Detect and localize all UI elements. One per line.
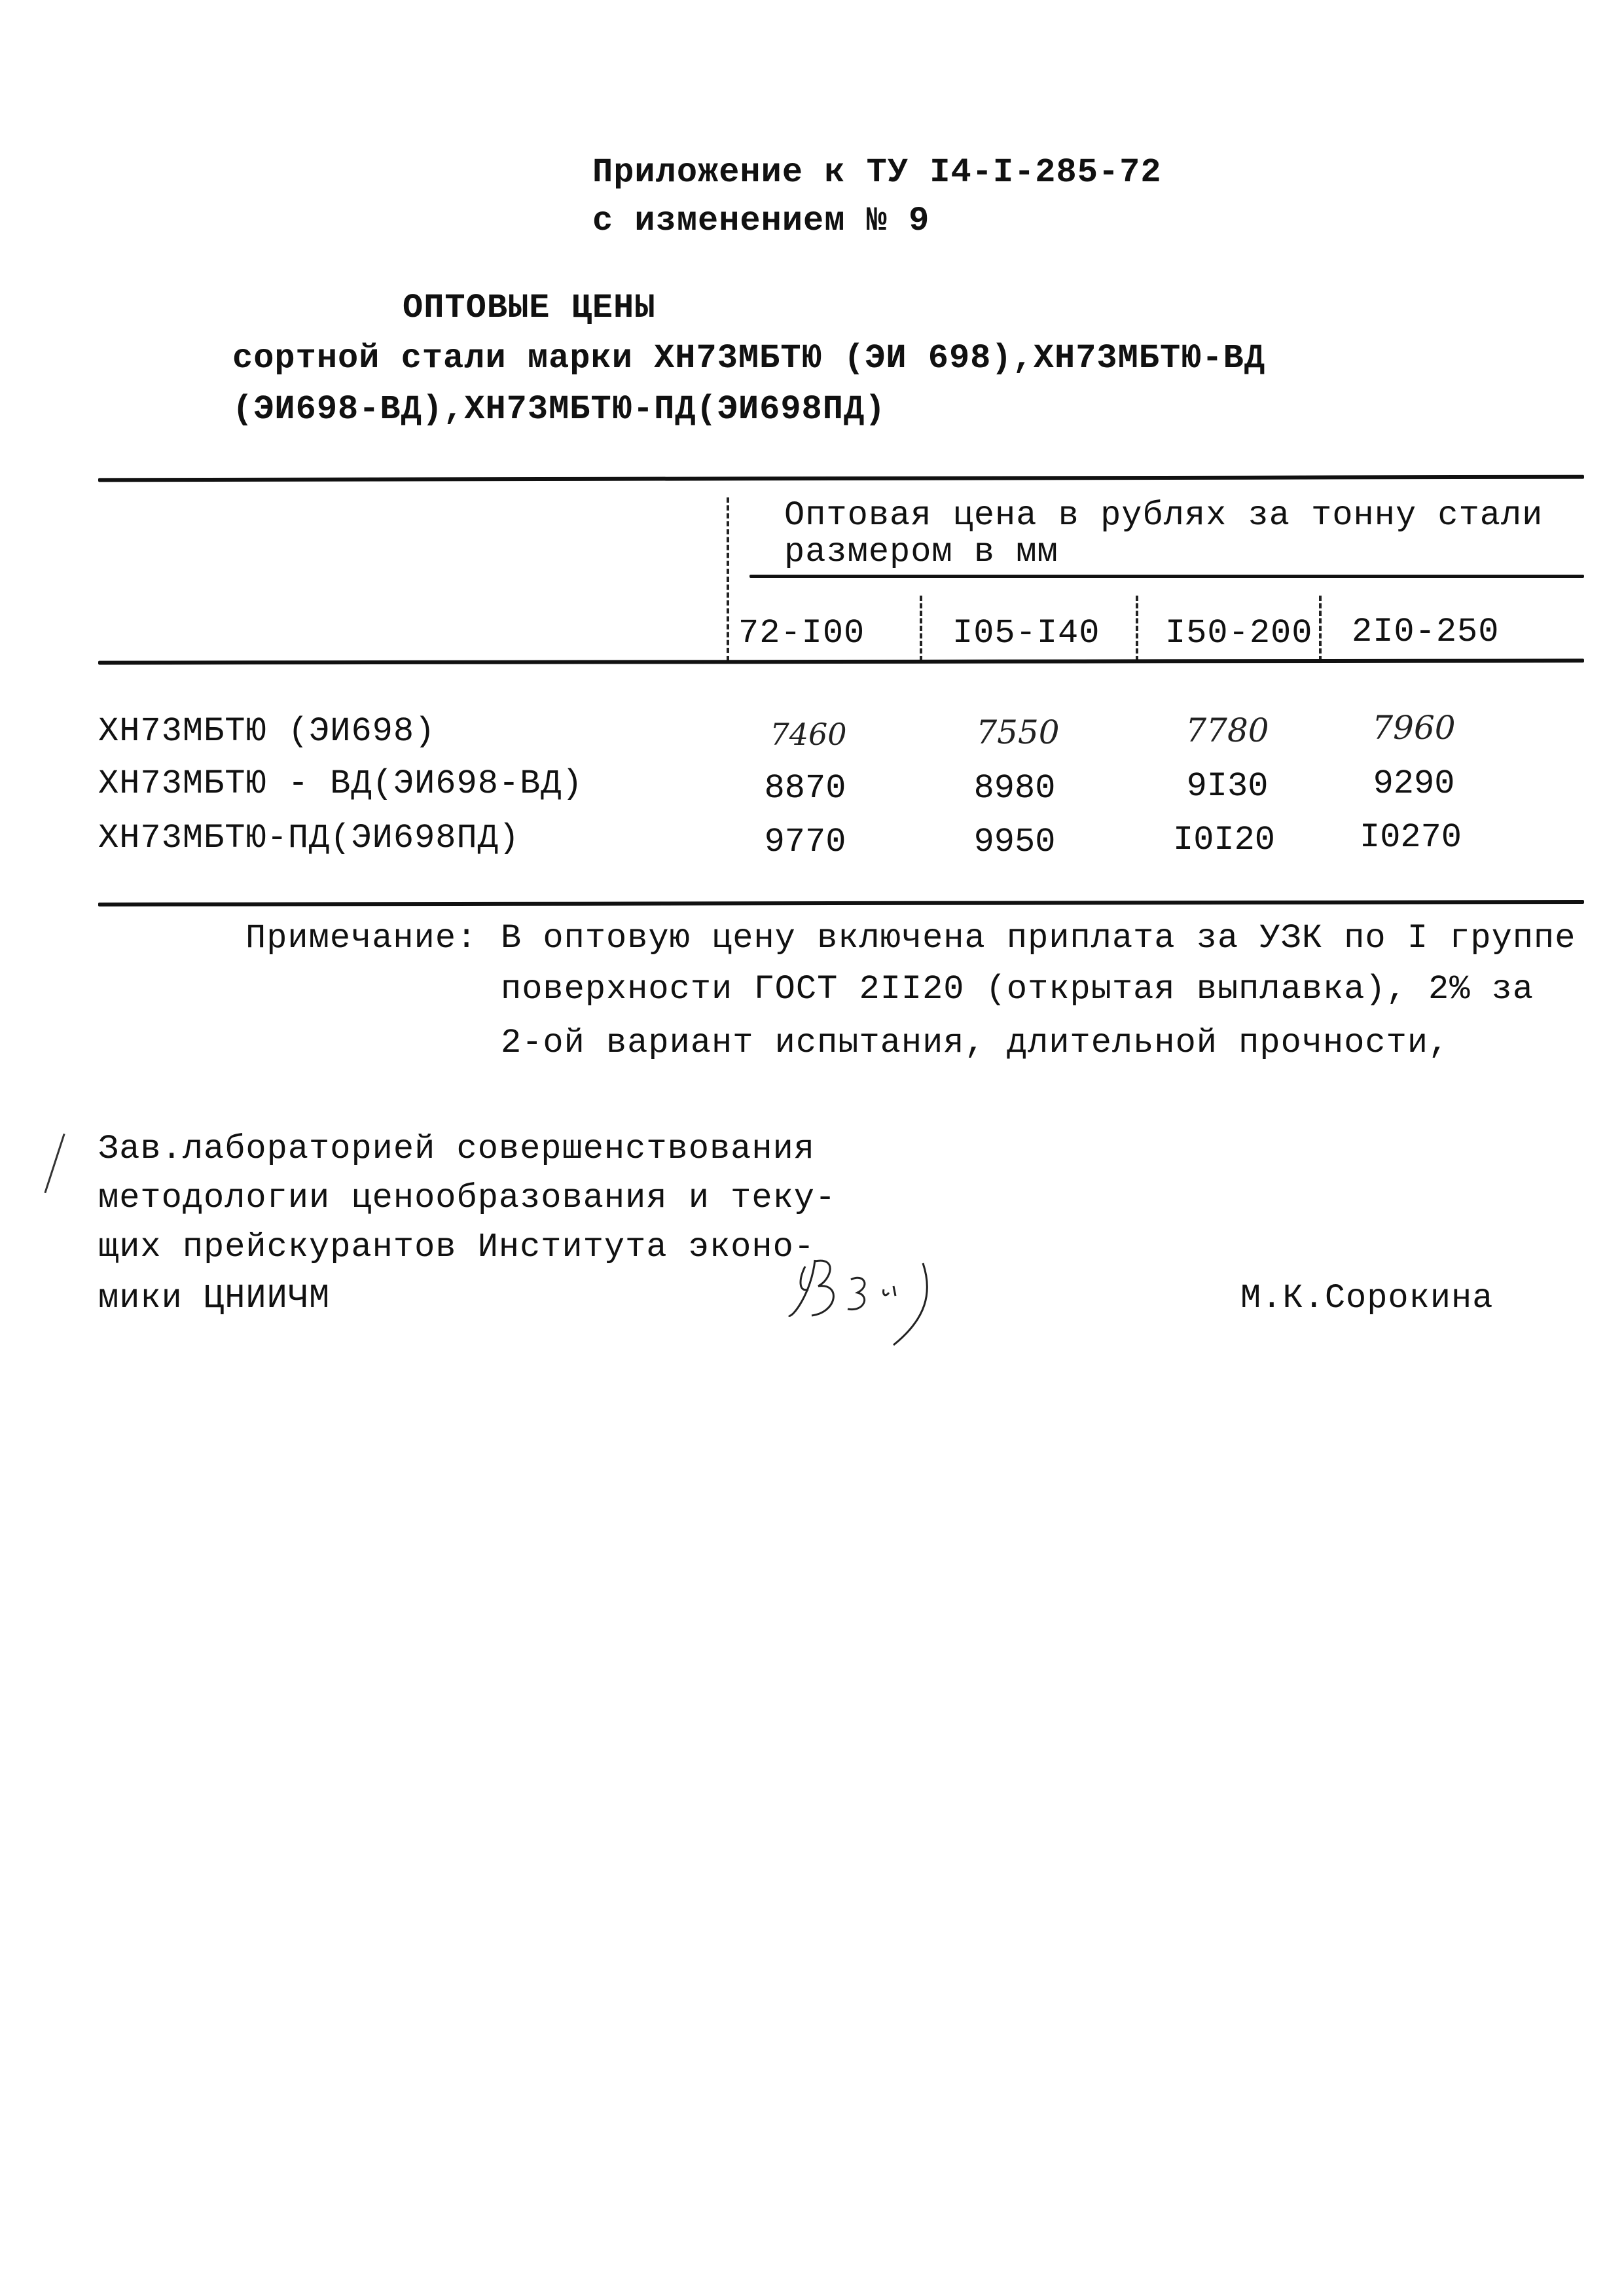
amendment-number: с изменением № 9 <box>592 204 929 238</box>
price-cell: 8980 <box>943 769 1087 808</box>
price-cell: 7780 <box>1155 711 1299 749</box>
note-line1: В оптовую цену включена приплата за УЗК … <box>501 922 1576 956</box>
group-header-rule <box>749 575 1584 578</box>
column-header-105-140: I05-I40 <box>952 617 1100 651</box>
signatory-position-line1: Зав.лабораторией совершенствования <box>98 1132 815 1166</box>
column-divider-3 <box>1319 596 1322 661</box>
column-header-210-250: 2I0-250 <box>1352 615 1499 649</box>
signatory-name: М.К.Сорокина <box>1240 1282 1493 1316</box>
column-header-150-200: I50-200 <box>1165 617 1312 651</box>
group-header-line2: размером в мм <box>784 535 1058 569</box>
note-label: Примечание: <box>245 922 477 956</box>
signatory-position-line4: мики ЦНИИЧМ <box>98 1282 330 1316</box>
price-cell: 7550 <box>946 713 1090 751</box>
table-top-rule <box>98 475 1584 482</box>
column-header-72-100: 72-I00 <box>738 617 865 651</box>
signatory-position-line2: методологии ценообразования и теку- <box>98 1181 836 1215</box>
table-bottom-rule <box>98 900 1584 906</box>
table-column-divider <box>727 497 729 661</box>
price-cell: I0I20 <box>1152 821 1296 859</box>
price-cell: 8870 <box>733 769 877 808</box>
table-header-bottom-rule <box>98 658 1584 664</box>
grade-name: ХН73МБТЮ-ПД(ЭИ698ПД) <box>98 821 520 855</box>
price-cell: 7460 <box>736 717 880 752</box>
handwritten-signature-icon <box>785 1253 995 1352</box>
grade-name: ХН73МБТЮ (ЭИ698) <box>98 715 435 749</box>
document-title: ОПТОВЫЕ ЦЕНЫ <box>403 291 655 325</box>
note-line2: поверхности ГОСТ 2II20 (открытая выплавк… <box>501 973 1534 1007</box>
document-subtitle-line1: сортной стали марки ХН73МБТЮ (ЭИ 698),ХН… <box>232 342 1265 376</box>
column-divider-1 <box>920 596 922 661</box>
column-divider-2 <box>1136 596 1138 661</box>
price-cell: I0270 <box>1339 818 1483 857</box>
margin-mark <box>44 1134 65 1193</box>
price-cell: 9I30 <box>1155 767 1299 806</box>
price-cell: 9770 <box>733 823 877 861</box>
group-header-line1: Оптовая цена в рублях за тонну стали <box>784 499 1543 533</box>
price-cell: 9290 <box>1342 764 1486 803</box>
price-cell: 7960 <box>1342 709 1486 747</box>
note-line3: 2-ой вариант испытания, длительной прочн… <box>501 1026 1449 1060</box>
signatory-position-line3: щих прейскурантов Института эконо- <box>98 1230 815 1265</box>
price-cell: 9950 <box>943 823 1087 861</box>
grade-name: ХН73МБТЮ - ВД(ЭИ698-ВД) <box>98 767 583 801</box>
appendix-reference: Приложение к ТУ I4-I-285-72 <box>592 156 1162 190</box>
document-subtitle-line2: (ЭИ698-ВД),ХН73МБТЮ-ПД(ЭИ698ПД) <box>232 393 886 427</box>
